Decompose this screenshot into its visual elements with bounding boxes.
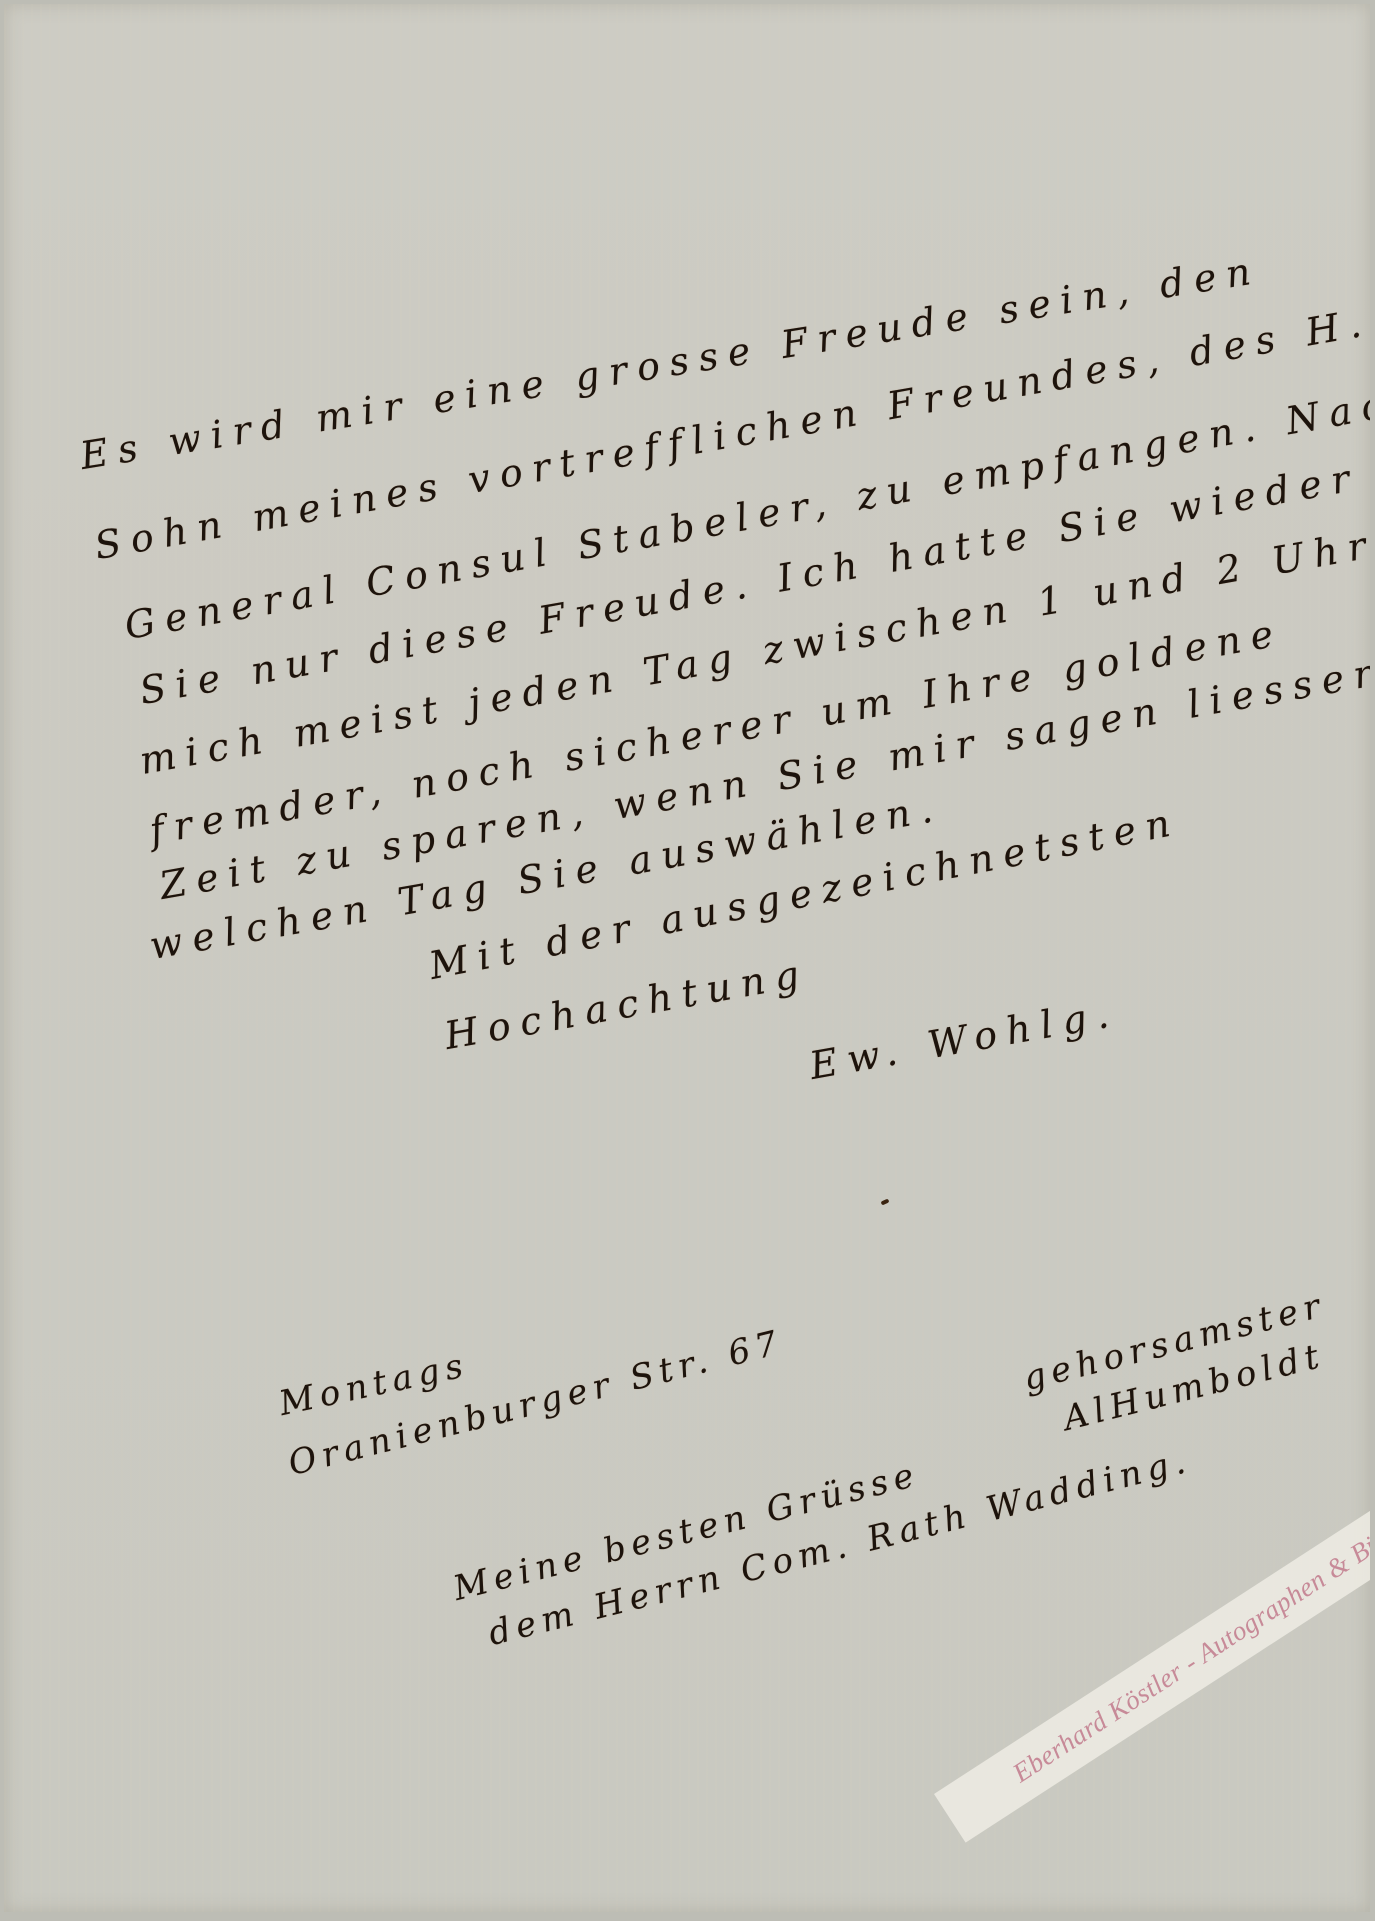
ink-dot — [881, 1198, 890, 1205]
letter-salutation: Ew. Wohlg. — [806, 990, 1121, 1088]
letter-sheet: Es wird mir eine grosse Freude sein, den… — [4, 4, 1370, 1912]
watermark-text: Eberhard Köstler - Autographen & Bücher — [1007, 1499, 1370, 1788]
